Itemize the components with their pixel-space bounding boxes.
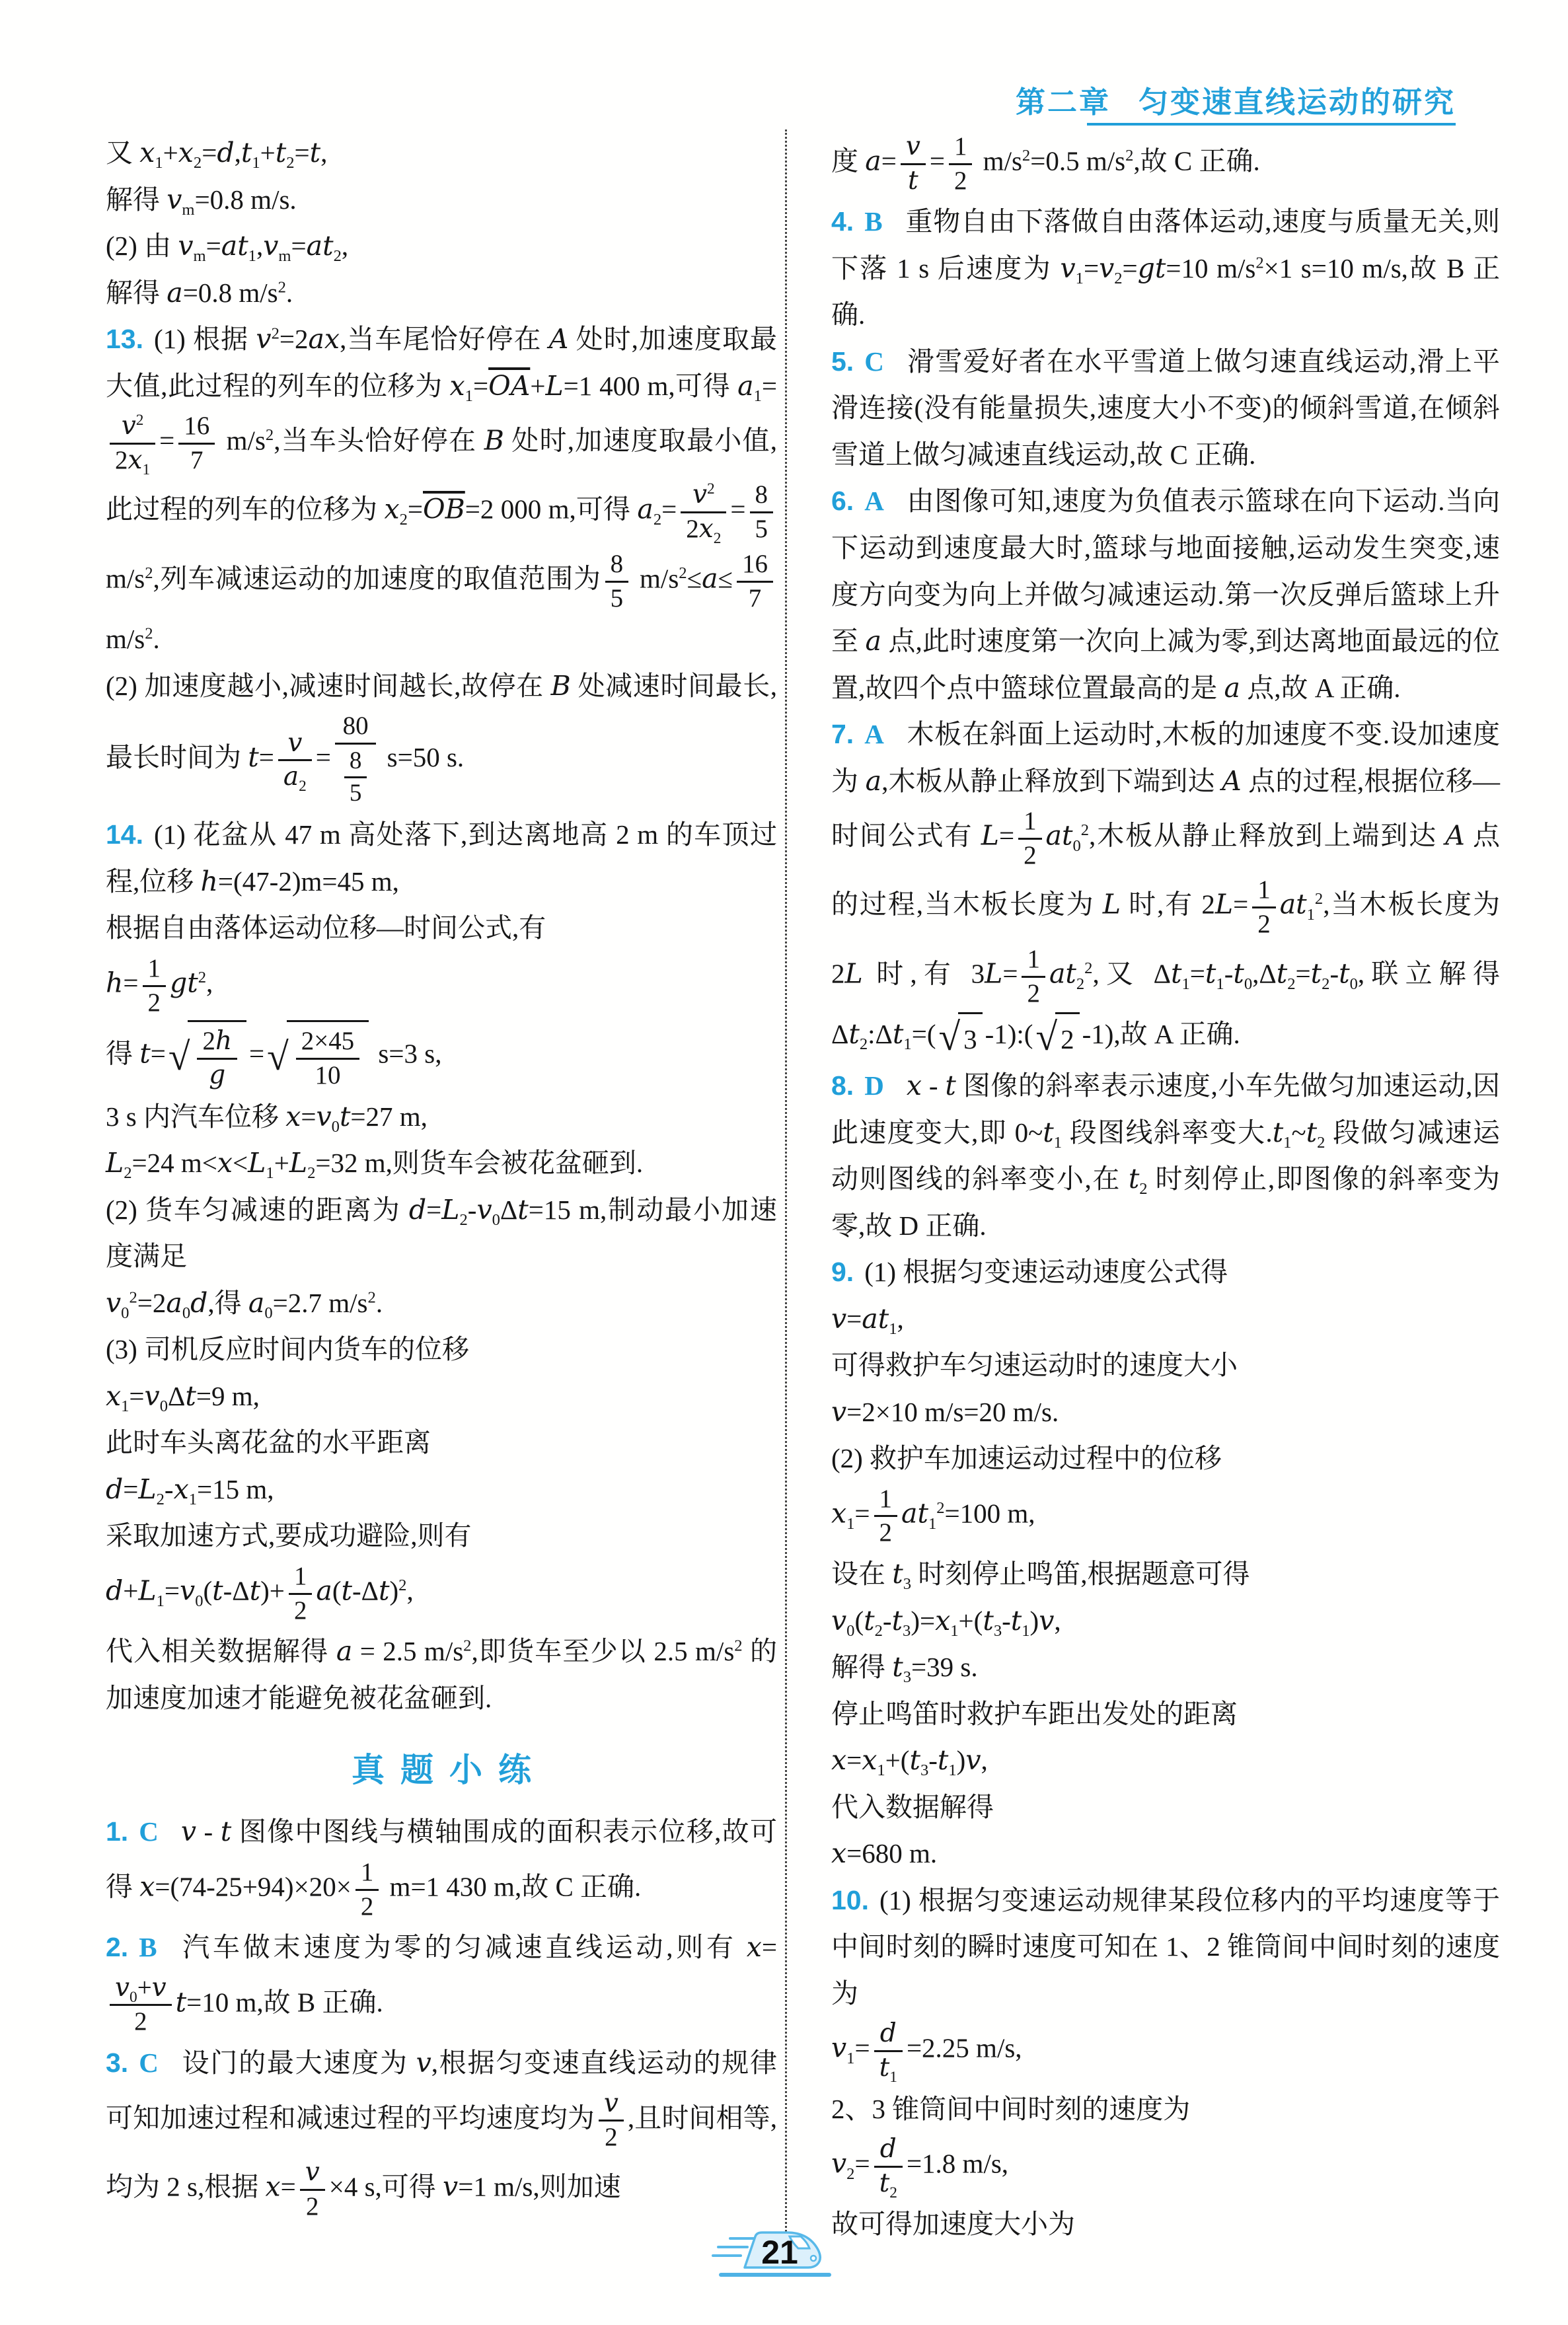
numerator: v2 [110,410,155,443]
text-line: 解得 a=0.8 m/s2. [106,270,777,316]
overline-segment: OB [423,494,465,525]
fraction: v2 [300,2157,325,2223]
denominator: 2 [1252,906,1275,941]
fraction: 2hg [197,1025,237,1091]
denominator: 2 [874,1515,897,1549]
radicand: 2 [1055,1012,1080,1063]
fraction: 12 [949,131,972,197]
denominator: t2 [874,2166,903,2200]
chapter-title: 匀变速直线运动的研究 [1139,85,1456,119]
numerator: 8 [605,548,628,581]
fraction: v2 [599,2088,624,2154]
page-number: 21 [750,2236,809,2269]
column-divider [785,129,787,2247]
numerator: v [278,727,312,760]
answer-item: 14.(1) 花盆从 47 m 高处落下,到达离地高 2 m 的车顶过程,位移 … [106,811,777,904]
fraction: dt2 [874,2133,903,2199]
numerator: 1 [1022,943,1045,976]
numerator: v2 [681,479,726,511]
denominator: 2 [110,2004,172,2038]
denominator: a2 [278,759,312,793]
numerator: v0+v [110,1972,172,2005]
numerator: d [874,2018,903,2050]
fraction: 85 [344,746,367,809]
answer-item: 6.A由图像可知,速度为负值表示篮球在向下运动.当向下运动到速度最大时,篮球与地… [831,478,1500,711]
question-number: 5. [831,346,854,377]
answer-letter: C [139,1816,159,1847]
numerator: 8 [750,479,773,511]
question-number: 10. [831,1885,869,1915]
text-line: v=2×10 m/s=20 m/s. [831,1389,1500,1436]
denominator: 2 [143,985,166,1019]
question-number: 1. [106,1816,128,1847]
numerator: 8 [344,746,367,776]
answer-item: 5.C滑雪爱好者在水平雪道上做匀速直线运动,滑上平滑连接(没有能量损失,速度大小… [831,338,1500,478]
text-line: (2) 加速度越小,减速时间越长,故停在 B 处减速时间最长,最长时间为 t=v… [106,663,777,812]
text-line: 3 s 内汽车位移 x=v0t=27 m, [106,1093,777,1140]
numerator: 16 [178,410,215,443]
numerator: 1 [949,131,972,163]
question-number: 2. [106,1932,128,1962]
text-line: L2=24 m<x<L1+L2=32 m,则货车会被花盆砸到. [106,1140,777,1187]
fraction: 85 [605,548,628,614]
answer-letter: D [864,1070,884,1101]
fraction: 12 [355,1857,379,1923]
numerator: 1 [355,1857,379,1889]
question-number: 13. [106,324,143,354]
square-root: √2×4510 [267,1020,369,1093]
numerator: 1 [1018,805,1041,838]
denominator: 2 [300,2189,325,2223]
text-line: 又 x1+x2=d,t1+t2=t, [106,129,777,176]
radicand: 3 [958,1012,983,1063]
answer-letter: A [864,486,884,516]
denominator: 7 [737,581,773,615]
denominator: 10 [296,1058,359,1092]
numerator: 80 [335,710,377,743]
denominator: 5 [344,776,367,809]
denominator: 2 [599,2120,624,2154]
text-line: h=12gt2, [106,951,777,1020]
denominator: 2x2 [681,511,726,546]
fraction: 12 [874,1483,897,1549]
numerator: 1 [874,1483,897,1516]
denominator: g [197,1058,237,1092]
fraction: 8085 [335,710,377,810]
fraction: v22x1 [110,410,155,476]
answer-item: 8.Dx - t 图像的斜率表示速度,小车先做匀加速运动,因此速度变大,即 0~… [831,1062,1500,1249]
text-line: 代入数据解得 [831,1784,1500,1831]
text-line: 解得 vm=0.8 m/s. [106,176,777,223]
text-line: d+L1=v0(t-Δt)+12a(t-Δt)2, [106,1559,777,1628]
question-number: 7. [831,719,854,749]
fraction: 12 [289,1561,312,1627]
radicand: 2hg [188,1020,246,1093]
answer-item: 7.A木板在斜面上运动时,木板的加速度不变.设加速度为 a,木板从静止释放到下端… [831,711,1500,1062]
denominator: 5 [750,511,773,546]
text-line: v=at1, [831,1296,1500,1343]
numerator: 16 [737,548,773,581]
question-number: 14. [106,819,143,850]
square-root: √3 [938,1012,982,1063]
text-line: (3) 司机反应时间内货车的位移 [106,1326,777,1373]
numerator: v [901,131,926,163]
left-column: 又 x1+x2=d,t1+t2=t,解得 vm=0.8 m/s.(2) 由 vm… [106,129,777,2224]
text-line: x1=12at12=100 m, [831,1482,1500,1551]
text-line: 设在 t3 时刻停止鸣笛,根据题意可得 [831,1551,1500,1598]
text-line: 采取加速方式,要成功避险,则有 [106,1512,777,1559]
text-line: 根据自由落体运动位移—时间公式,有 [106,904,777,951]
fraction: 12 [1252,874,1275,940]
fraction: 167 [737,548,773,614]
denominator: 2 [355,1889,379,1923]
fraction: v22x2 [681,479,726,545]
text-line: 代入相关数据解得 a = 2.5 m/s2,即货车至少以 2.5 m/s2 的加… [106,1628,777,1721]
answer-letter: A [864,719,884,749]
fraction: 85 [750,479,773,545]
denominator: 2 [949,163,972,198]
square-root: √2hg [168,1020,246,1093]
numerator: 1 [143,953,166,985]
question-number: 3. [106,2048,128,2078]
chapter-label: 第二章 [1016,85,1111,119]
denominator: 7 [178,443,215,477]
question-number: 9. [831,1257,854,1287]
text-line: x=x1+(t3-t1)v, [831,1737,1500,1784]
answer-item: 3.C设门的最大速度为 v,根据匀变速直线运动的规律可知加速过程和减速过程的平均… [106,2040,777,2224]
answer-item: 13.(1) 根据 v2=2ax,当车尾恰好停在 A 处时,加速度取最大值,此过… [106,316,777,663]
fraction: 12 [143,953,166,1019]
answer-letter: B [864,206,882,237]
answer-item: 4.B重物自由下落做自由落体运动,速度与质量无关,则下落 1 s 后速度为 v1… [831,198,1500,338]
text-line: v02=2a0d,得 a0=2.7 m/s2. [106,1280,777,1327]
denominator: 5 [605,581,628,615]
text-line: 度 a=vt=12 m/s2=0.5 m/s2,故 C 正确. [831,129,1500,198]
numerator: v [599,2088,624,2120]
denominator: 2 [289,1593,312,1627]
fraction: va2 [278,727,312,793]
answer-item: 2.B汽车做末速度为零的匀减速直线运动,则有 x=v0+v2t=10 m,故 B… [106,1924,777,2040]
question-number: 4. [831,206,854,237]
answer-item: 9.(1) 根据匀变速运动速度公式得 [831,1249,1500,1296]
text-line: 停止鸣笛时救护车距出发处的距离 [831,1691,1500,1738]
page: 第二章匀变速直线运动的研究 又 x1+x2=d,t1+t2=t,解得 vm=0.… [0,0,1568,2325]
text-line: 故可得加速度大小为 [831,2201,1500,2248]
text-line: 此时车头离花盆的水平距离 [106,1419,777,1466]
numerator: 2h [197,1025,237,1058]
answer-letter: C [864,346,884,377]
answer-letter: B [139,1932,157,1962]
question-number: 6. [831,486,854,516]
text-line: 解得 t3=39 s. [831,1644,1500,1691]
numerator: 1 [289,1561,312,1593]
fraction: 12 [1018,805,1041,871]
overline-segment: OA [488,370,530,402]
text-line: (2) 救护车加速运动过程中的位移 [831,1435,1500,1482]
denominator: 2 [1022,976,1045,1010]
numerator: 1 [1252,874,1275,906]
denominator: t [901,163,926,198]
fraction: dt1 [874,2018,903,2084]
answer-item: 10.(1) 根据匀变速运动规律某段位移内的平均速度等于中间时刻的瞬时速度可知在… [831,1877,1500,2017]
text-line: 2、3 锥筒间中间时刻的速度为 [831,2086,1500,2133]
fraction: 12 [1022,943,1045,1010]
radicand: 2×4510 [287,1020,369,1093]
numerator: 2×45 [296,1025,359,1058]
square-root: √2 [1035,1012,1079,1063]
fraction: 2×4510 [296,1025,359,1091]
numerator: v [300,2157,325,2189]
chapter-header-rule [1087,123,1456,126]
radical-sign: √ [1035,1017,1057,1056]
page-number-badge: 21 [710,2228,842,2282]
answer-letter: C [139,2048,159,2078]
question-number: 8. [831,1070,854,1101]
radical-sign: √ [938,1017,960,1056]
chapter-header: 第二章匀变速直线运动的研究 [1016,78,1456,121]
text-line: 可得救护车匀速运动时的速度大小 [831,1342,1500,1389]
numerator: d [874,2133,903,2166]
text-line: v1=dt1=2.25 m/s, [831,2016,1500,2085]
text-line: 得 t=√2hg=√2×4510 s=3 s, [106,1020,777,1093]
radical-sign: √ [267,1037,289,1076]
fraction: 167 [178,410,215,476]
denominator: 2 [1018,838,1041,872]
text-line: x=680 m. [831,1830,1500,1877]
text-line: v2=dt2=1.8 m/s, [831,2132,1500,2201]
text-line: (2) 由 vm=at1,vm=at2, [106,223,777,270]
section-title: 真题小练 [106,1744,777,1791]
right-column: 度 a=vt=12 m/s2=0.5 m/s2,故 C 正确.4.B重物自由下落… [831,129,1500,2248]
denominator: 85 [335,743,377,811]
fraction: v0+v2 [110,1972,172,2038]
denominator: t1 [874,2050,903,2085]
text-line: v0(t2-t3)=x1+(t3-t1)v, [831,1598,1500,1644]
fraction: vt [901,131,926,197]
radical-sign: √ [168,1037,190,1076]
denominator: 2x1 [110,443,155,477]
text-line: (2) 货车匀减速的距离为 d=L2-v0Δt=15 m,制动最小加速度满足 [106,1187,777,1280]
text-line: d=L2-x1=15 m, [106,1466,777,1513]
answer-item: 1.Cv - t 图像中图线与横轴围成的面积表示位移,故可得 x=(74-25+… [106,1808,777,1924]
text-line: x1=v0Δt=9 m, [106,1373,777,1420]
